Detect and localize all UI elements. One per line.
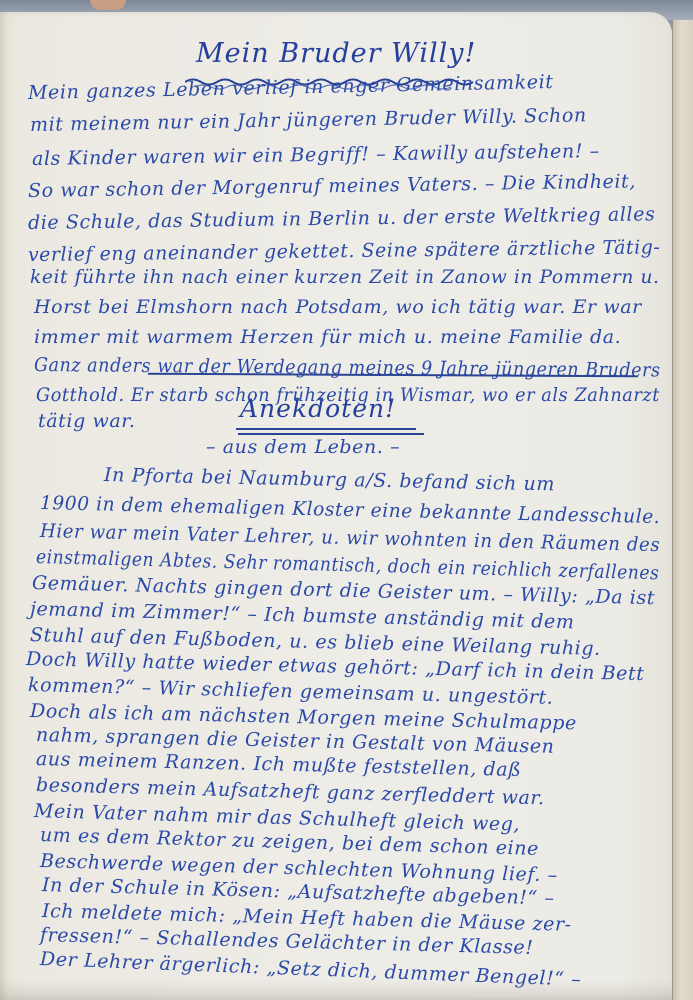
section-subtitle: – aus dem Leben. – (206, 436, 400, 458)
text-line: tätig war. (38, 410, 136, 432)
text-line: So war schon der Morgenruf meines Vaters… (28, 170, 636, 202)
text-line: mit meinem nur ein Jahr jüngeren Bruder … (30, 104, 587, 136)
text-line: Ganz anders war der Werdegang meines 9 J… (34, 354, 661, 381)
text-line: keit führte ihn nach einer kurzen Zeit i… (30, 266, 660, 288)
text-line: Mein ganzes Leben verlief in enger Gemei… (28, 71, 554, 104)
section-title-underline-2 (238, 433, 424, 435)
text-line: die Schule, das Studium in Berlin u. der… (28, 203, 656, 234)
text-line: immer mit warmem Herzen für mich u. mein… (34, 326, 621, 348)
text-line: als Kinder waren wir ein Begriff! – Kawi… (32, 140, 600, 170)
text-line: Horst bei Elmshorn nach Potsdam, wo ich … (34, 296, 642, 318)
notebook-page: Mein Bruder Willy! Mein ganzes Leben ver… (0, 12, 672, 1000)
finger-holding-page (90, 0, 126, 10)
page-title: Mein Bruder Willy! (196, 38, 476, 69)
text-line: In Pforta bei Naumburg a/S. befand sich … (104, 464, 555, 495)
adjacent-page-edge (672, 20, 693, 1000)
text-line: verlief eng aneinander gekettet. Seine s… (28, 236, 661, 266)
section-title: Anekdoten! (240, 394, 396, 423)
section-title-underline (236, 428, 416, 430)
